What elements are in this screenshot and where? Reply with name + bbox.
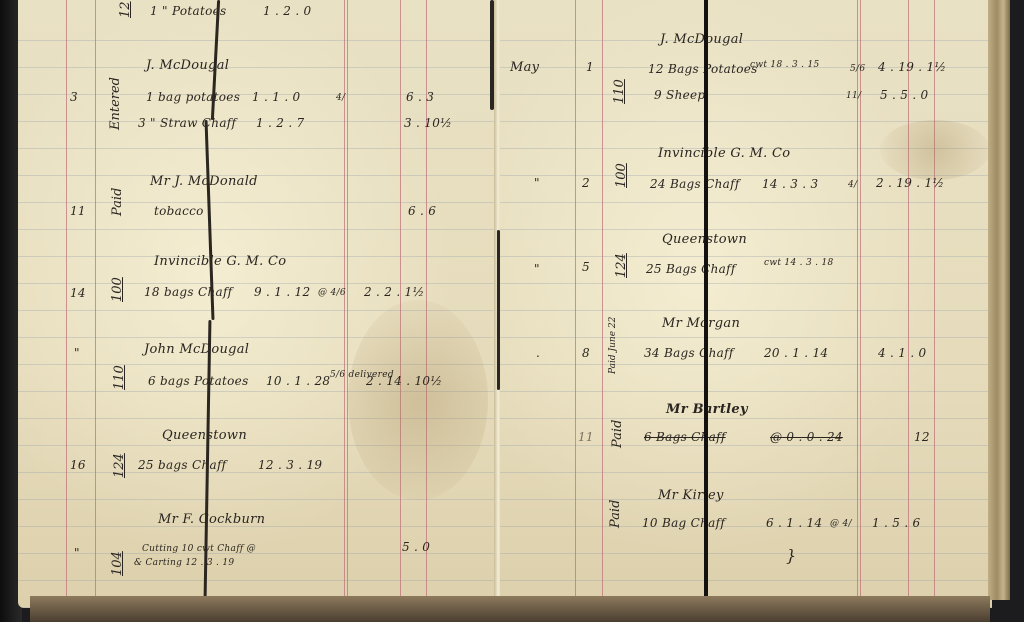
item-amount: 4 . 19 . 1½	[878, 60, 946, 74]
customer-name: Invincible G. M. Co	[658, 146, 790, 161]
item-description: 6 bags Potatoes	[148, 374, 249, 388]
struck-item-weight: @ 0 . 0 . 24	[770, 430, 843, 444]
margin-note: Entered	[108, 77, 123, 130]
entry-month: "	[534, 176, 540, 190]
binding-crack	[490, 0, 494, 110]
money-column-rule	[344, 0, 345, 608]
item-amount: 5 . 5 . 0	[880, 88, 929, 102]
folio-number: 100	[614, 163, 629, 188]
folio-number: 12	[118, 1, 133, 18]
page-crease	[704, 0, 708, 608]
item-rate: 11/	[846, 91, 861, 101]
item-description: 1 bag potatoes	[146, 90, 240, 104]
folio-number: 124	[614, 253, 629, 278]
item-amount: 2 . 19 . 1½	[876, 176, 944, 190]
page-edges	[988, 0, 1010, 600]
item-weight: 9 . 1 . 12	[254, 285, 310, 299]
paper-stain	[880, 120, 990, 180]
entry-month: "	[534, 262, 540, 276]
item-rate: @ 4/6	[318, 288, 346, 298]
left-page: 12 1 " Potatoes 1 . 2 . 0 Entered J. McD…	[18, 0, 498, 608]
item-description: 25 Bags Chaff	[646, 262, 736, 276]
item-weight: cwt 18 . 3 . 15	[750, 60, 820, 70]
item-description: 24 Bags Chaff	[650, 177, 740, 191]
item-weight: 20 . 1 . 14	[764, 346, 828, 360]
item-description: 34 Bags Chaff	[644, 346, 734, 360]
item-weight: 1 . 2 . 7	[256, 116, 305, 130]
customer-name: John McDougal	[144, 342, 249, 357]
item-description: 12 Bags Potatoes	[648, 62, 758, 76]
item-description: tobacco	[154, 204, 204, 218]
margin-note: Paid	[110, 188, 125, 216]
item-amount: 1 . 5 . 6	[872, 516, 921, 530]
entry-date: "	[74, 346, 80, 360]
customer-name: Queenstown	[162, 428, 247, 443]
item-amount: 2 . 14 . 10½	[366, 374, 442, 388]
customer-name: Mr F. Cockburn	[158, 512, 265, 527]
item-rate: 5/6	[850, 64, 865, 74]
item-amount: 6 . 3	[406, 90, 434, 104]
customer-name: Mr Kirley	[658, 488, 724, 503]
item-weight: 1 . 2 . 0	[263, 4, 312, 18]
margin-note: Paid June 22	[608, 317, 618, 374]
item-weight: 6 . 1 . 14	[766, 516, 822, 530]
item-amount: 2 . 2 . 1½	[364, 285, 424, 299]
entry-date: 8	[582, 346, 590, 360]
entry-date: 11	[578, 430, 594, 444]
entry-month: .	[536, 346, 540, 360]
paper-stain	[348, 300, 488, 500]
right-page: J. McDougal May 1 110 12 Bags Potatoes c…	[500, 0, 992, 608]
customer-name: Invincible G. M. Co	[154, 254, 286, 269]
item-amount: 4 . 1 . 0	[878, 346, 927, 360]
item-rate: 4/	[336, 93, 345, 103]
item-rate: @ 4/	[830, 519, 852, 529]
item-amount: 5 . 0	[402, 540, 430, 554]
book-cover-edge	[30, 596, 990, 622]
item-amount: 3 . 10½	[404, 116, 452, 130]
item-weight: cwt 14 . 3 . 18	[764, 258, 834, 268]
item-weight: 14 . 3 . 3	[762, 177, 818, 191]
entry-date: 1	[586, 60, 594, 74]
item-amount: 12	[914, 430, 930, 444]
item-weight: 1 . 1 . 0	[252, 90, 301, 104]
item-weight: 12 . 3 . 19	[258, 458, 322, 472]
entry-date: 5	[582, 260, 590, 274]
ledger-photo: 12 1 " Potatoes 1 . 2 . 0 Entered J. McD…	[0, 0, 1024, 622]
item-weight: 10 . 1 . 28	[266, 374, 330, 388]
entry-date: 14	[70, 286, 86, 300]
item-rate: 4/	[848, 180, 857, 190]
folio-number: 110	[612, 79, 627, 104]
item-description: 1 " Potatoes	[150, 4, 226, 18]
customer-name: Mr J. McDonald	[150, 174, 258, 189]
folio-number: 124	[112, 453, 127, 478]
struck-item-description: 6 Bags Chaff	[644, 430, 726, 444]
entry-date: 11	[70, 204, 86, 218]
margin-note: Paid	[608, 500, 623, 528]
item-description: & Carting 12 . 3 . 19	[134, 558, 234, 568]
date-column-rule	[66, 0, 67, 608]
entry-date: 2	[582, 176, 590, 190]
folio-number: 100	[110, 277, 125, 302]
customer-name: J. McDougal	[660, 32, 743, 47]
folio-number: 110	[112, 365, 127, 390]
customer-name: Mr Morgan	[662, 316, 740, 331]
folio-column-rule	[95, 0, 96, 608]
item-description: 10 Bag Chaff	[642, 516, 725, 530]
folio-column-rule	[602, 0, 603, 608]
item-description: Cutting 10 cwt Chaff @	[142, 544, 256, 554]
margin-note: Paid	[610, 420, 625, 448]
item-description: 25 bags Chaff	[138, 458, 226, 472]
closing-brace-mark: }	[786, 546, 796, 565]
date-column-rule	[575, 0, 576, 608]
entry-date: "	[74, 546, 80, 560]
item-description: 3 " Straw Chaff	[138, 116, 236, 130]
pence-column-rule	[934, 0, 935, 608]
money-column-rule-double	[347, 0, 348, 608]
item-description: 18 bags Chaff	[144, 285, 232, 299]
entry-date: 3	[70, 90, 78, 104]
folio-number: 104	[110, 551, 125, 576]
item-amount: 6 . 6	[408, 204, 436, 218]
item-description: 9 Sheep	[654, 88, 705, 102]
entry-date: 16	[70, 458, 86, 472]
entry-month: May	[510, 60, 539, 75]
